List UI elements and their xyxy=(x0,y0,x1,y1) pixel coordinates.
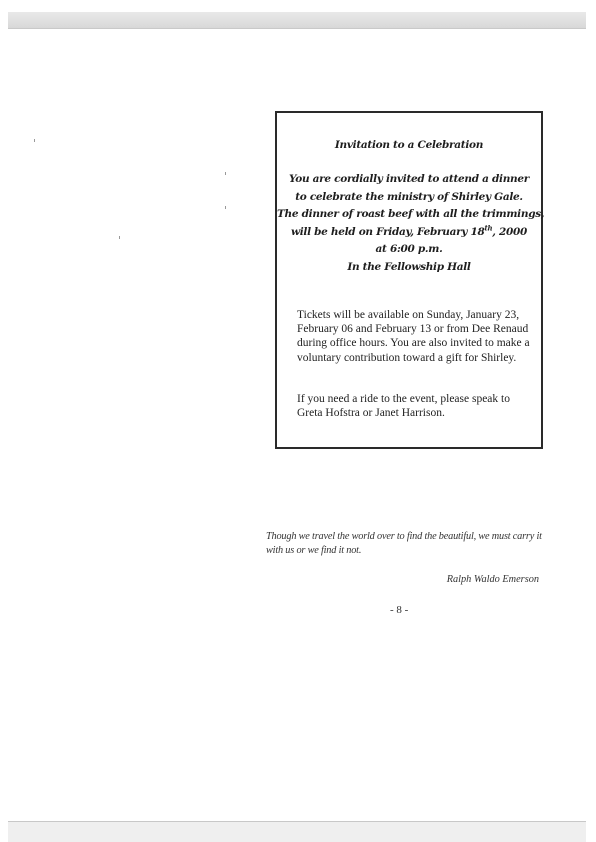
invitation-box: Invitation to a Celebration You are cord… xyxy=(275,111,543,449)
invitation-line: to celebrate the ministry of Shirley Gal… xyxy=(277,189,541,207)
ride-paragraph: If you need a ride to the event, please … xyxy=(297,392,537,420)
scan-speck xyxy=(119,236,120,239)
invitation-line: The dinner of roast beef with all the tr… xyxy=(277,206,541,224)
invitation-details: You are cordially invited to attend a di… xyxy=(277,171,541,276)
page-top-edge xyxy=(8,12,586,29)
quote-text: Though we travel the world over to find … xyxy=(266,530,548,558)
invitation-line: You are cordially invited to attend a di… xyxy=(277,171,541,189)
invitation-line: at 6:00 p.m. xyxy=(277,241,541,259)
scan-speck xyxy=(225,206,226,209)
page-number: - 8 - xyxy=(390,604,408,616)
date-year: , 2000 xyxy=(492,226,527,238)
invitation-title: Invitation to a Celebration xyxy=(277,139,541,151)
scan-speck xyxy=(225,172,226,175)
quote-author: Ralph Waldo Emerson xyxy=(447,574,539,585)
scan-speck xyxy=(34,139,35,142)
invitation-line: In the Fellowship Hall xyxy=(277,259,541,277)
invitation-line-date: will be held on Friday, February 18th, 2… xyxy=(277,224,541,242)
tickets-paragraph: Tickets will be available on Sunday, Jan… xyxy=(297,308,537,365)
page-bottom-edge xyxy=(8,821,586,842)
date-text: will be held on Friday, February 18 xyxy=(291,226,485,238)
